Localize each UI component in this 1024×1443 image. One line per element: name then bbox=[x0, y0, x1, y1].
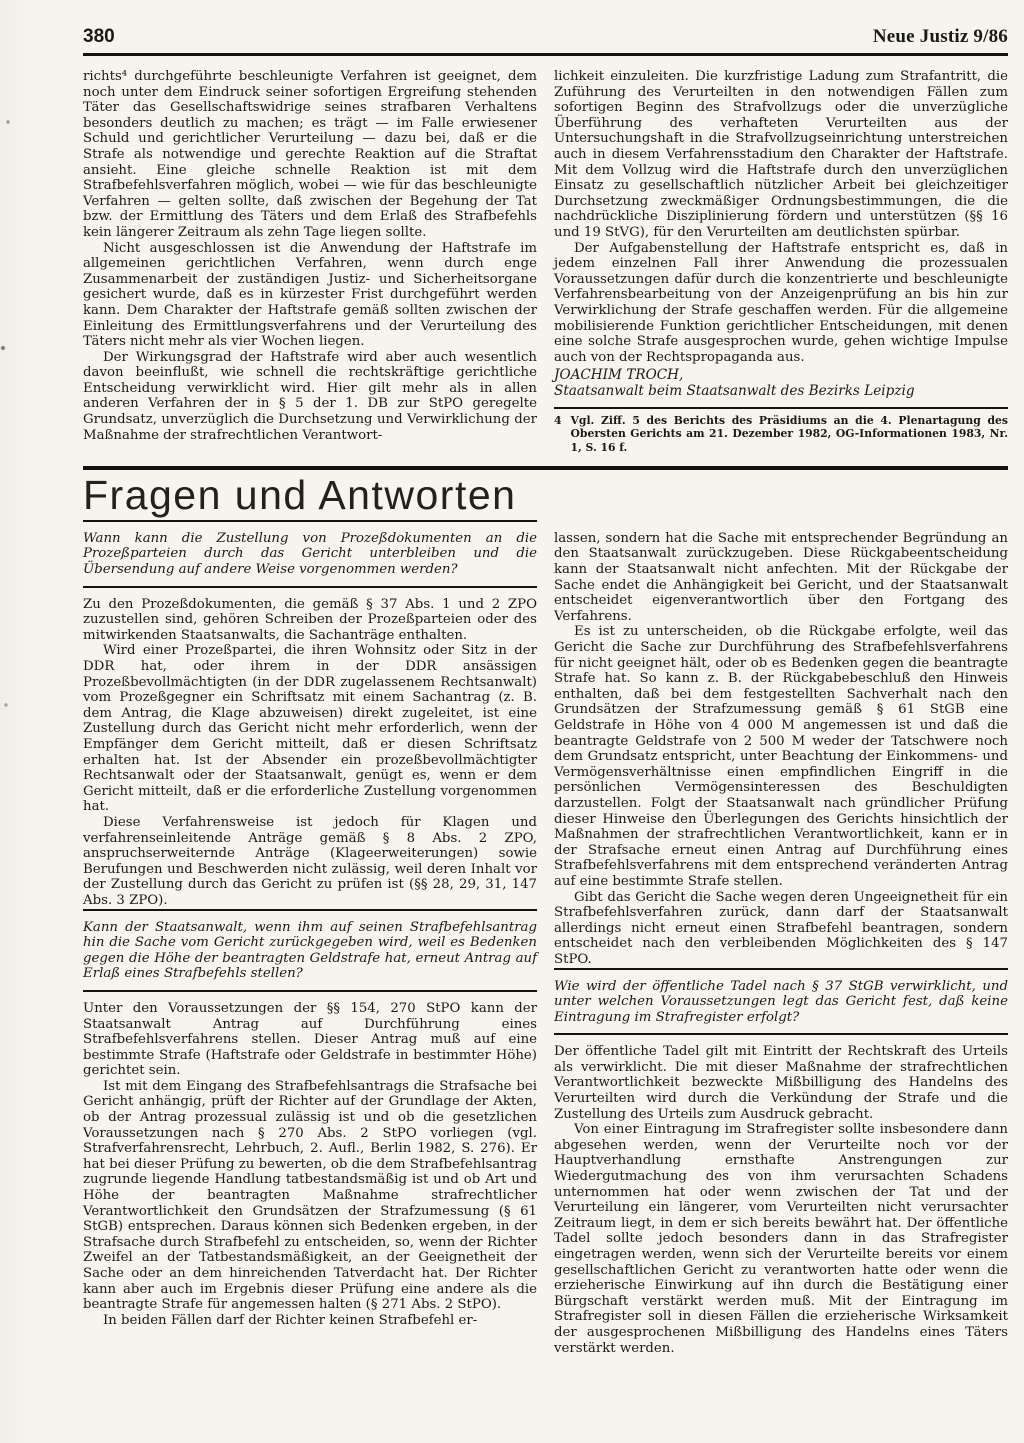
author-name: JOACHIM TROCH, bbox=[554, 367, 1008, 383]
question-2: Kann der Staatsanwalt, wenn ihm auf sein… bbox=[83, 909, 537, 992]
article-paragraph: richts⁴ durchgeführte beschleunigte Verf… bbox=[83, 69, 537, 241]
answer-2-left: Unter den Voraussetzungen der §§ 154, 27… bbox=[83, 1001, 537, 1328]
footnote-text: Vgl. Ziff. 5 des Berichts des Präsidiums… bbox=[571, 414, 1008, 454]
article-paragraph: Nicht ausgeschlossen ist die Anwendung d… bbox=[83, 241, 537, 350]
answer-2-right: lassen, sondern hat die Sache mit entspr… bbox=[554, 531, 1008, 968]
answer-paragraph: Von einer Eintragung im Strafregister so… bbox=[554, 1122, 1008, 1356]
journal-page: 380 Neue Justiz 9/86 richts⁴ durchgeführ… bbox=[0, 0, 1024, 1443]
section-heading-block: Fragen und Antworten bbox=[83, 466, 1008, 517]
author-block: JOACHIM TROCH, Staatsanwalt beim Staatsa… bbox=[554, 367, 1008, 399]
answer-paragraph: Wird einer Prozeßpartei, die ihren Wohns… bbox=[83, 643, 537, 815]
answer-3: Der öffentliche Tadel gilt mit Eintritt … bbox=[554, 1044, 1008, 1356]
page-number: 380 bbox=[83, 26, 115, 48]
footnote-marker: 4 bbox=[554, 414, 562, 454]
page-header: 380 Neue Justiz 9/86 bbox=[83, 26, 1008, 48]
answer-paragraph: Diese Verfahrensweise ist jedoch für Kla… bbox=[83, 815, 537, 909]
answer-1: Zu den Prozeßdokumenten, die gemäß § 37 … bbox=[83, 597, 537, 909]
journal-title: Neue Justiz 9/86 bbox=[873, 26, 1008, 48]
answer-paragraph: Der öffentliche Tadel gilt mit Eintritt … bbox=[554, 1044, 1008, 1122]
question-1: Wann kann die Zustellung von Prozeßdokum… bbox=[83, 522, 537, 588]
qa-right-column: lassen, sondern hat die Sache mit entspr… bbox=[554, 522, 1008, 1356]
section-title: Fragen und Antworten bbox=[83, 473, 1008, 517]
answer-paragraph: Es ist zu unterscheiden, ob die Rückgabe… bbox=[554, 624, 1008, 889]
article-paragraph: lichkeit einzuleiten. Die kurzfristige L… bbox=[554, 69, 1008, 241]
qa-left-column: Wann kann die Zustellung von Prozeßdokum… bbox=[83, 522, 537, 1356]
answer-paragraph: Unter den Voraussetzungen der §§ 154, 27… bbox=[83, 1001, 537, 1079]
answer-paragraph: Ist mit dem Eingang des Strafbefehlsantr… bbox=[83, 1079, 537, 1313]
article-left-column: richts⁴ durchgeführte beschleunigte Verf… bbox=[83, 69, 537, 454]
article-paragraph: Der Wirkungsgrad der Haftstrafe wird abe… bbox=[83, 350, 537, 444]
qa-section: Wann kann die Zustellung von Prozeßdokum… bbox=[83, 522, 1008, 1356]
answer-paragraph: In beiden Fällen darf der Richter keinen… bbox=[83, 1313, 537, 1329]
answer-paragraph: lassen, sondern hat die Sache mit entspr… bbox=[554, 531, 1008, 625]
footnote: 4 Vgl. Ziff. 5 des Berichts des Präsidiu… bbox=[554, 407, 1008, 454]
question-3: Wie wird der öffentliche Tadel nach § 37… bbox=[554, 968, 1008, 1036]
author-role: Staatsanwalt beim Staatsanwalt des Bezir… bbox=[554, 383, 1008, 399]
header-rule bbox=[83, 53, 1008, 56]
answer-paragraph: Zu den Prozeßdokumenten, die gemäß § 37 … bbox=[83, 597, 537, 644]
article-haftstrafe: richts⁴ durchgeführte beschleunigte Verf… bbox=[83, 69, 1008, 454]
answer-paragraph: Gibt das Gericht die Sache wegen deren U… bbox=[554, 890, 1008, 968]
article-right-column: lichkeit einzuleiten. Die kurzfristige L… bbox=[554, 69, 1008, 454]
article-paragraph: Der Aufgabenstellung der Haftstrafe ents… bbox=[554, 241, 1008, 366]
